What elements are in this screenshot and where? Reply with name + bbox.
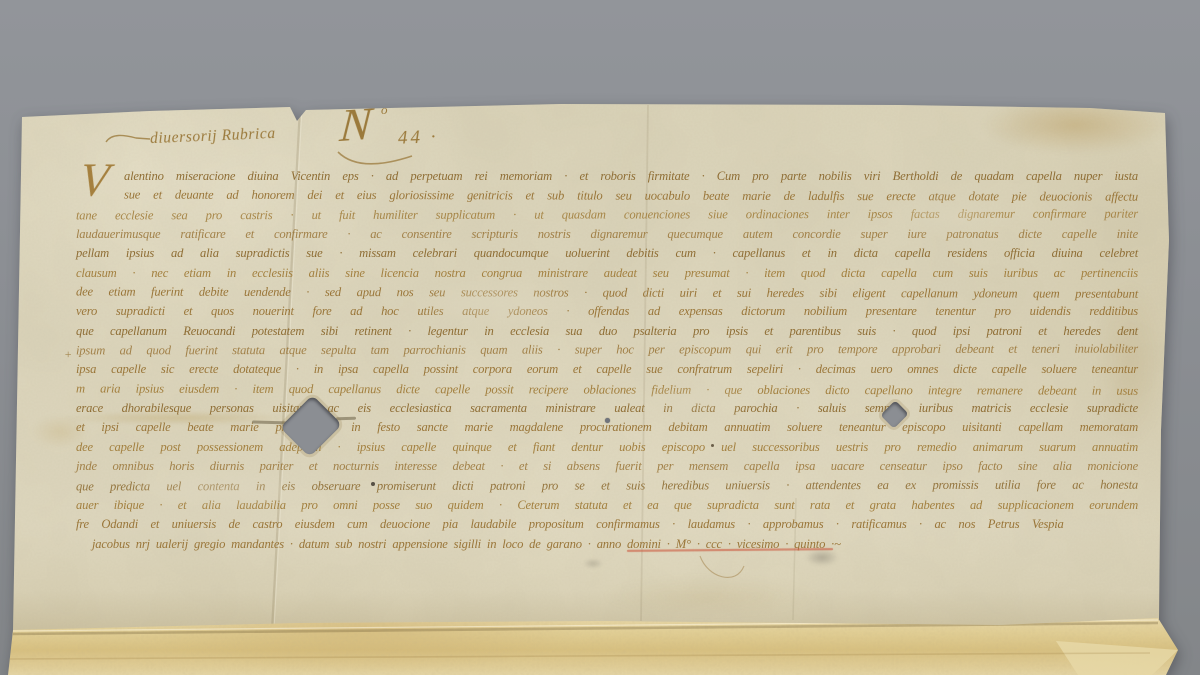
manuscript-line: ipsum ad quod fuerint statuta atque sepu… [76,340,1138,361]
pinhole [371,482,375,486]
numero-letter: N [338,97,373,153]
manuscript-line: erace dhorabilesque personas uisitare ac… [76,399,1138,418]
manuscript-line: que capellanum Reuocandi potestatem sibi… [76,322,1138,341]
manuscript-line: alentino miseracione diuina Vicentin eps… [124,167,1138,186]
manuscript-line: vero supradicti et quos nouerint fore ad… [76,302,1138,321]
numero-superscript-o: o [381,102,388,118]
manuscript-line: tane ecclesie sea pro castris · ut fuit … [76,204,1138,225]
archival-number: 44 · [398,126,439,149]
manuscript-line: dee etiam fuerint debite uendende · sed … [76,283,1138,305]
manuscript-line: que predicta uel contenta in eis obserua… [76,475,1138,496]
photo-backdrop: diuersorij Rubrica N o 44 · V + alentino… [0,0,1200,675]
manuscript-line: m aria ipsius eiusdem · item quod capell… [76,379,1138,401]
marginal-cross-mark: + [64,347,72,362]
opening-flourish [104,130,154,148]
pinhole [605,418,610,423]
manuscript-text: alentino miseracione diuina Vicentin eps… [76,167,1138,554]
manuscript-line: jnde omnibus horis diurnis pariter et no… [76,457,1138,476]
parchment-sheet: diuersorij Rubrica N o 44 · V + alentino… [0,0,1200,675]
manuscript-line: ipsa capelle sic erecte dotateque · in i… [76,360,1138,379]
manuscript-line: dee capelle post possessionem adeptam · … [76,438,1138,457]
manuscript-line: fre Odandi et uniuersis de castro eiusde… [76,515,1064,534]
manuscript-line: pellam ipsius ad alia supradictis sue · … [76,244,1138,263]
manuscript-line: clausum · nec etiam in ecclesiis aliis s… [76,264,1138,283]
manuscript-line: laudauerimusque ratificare et confirmare… [76,225,1138,244]
pinhole [711,444,714,447]
manuscript-line: auer ibique · et alia laudabilia pro omn… [76,496,1138,515]
charter-sheet: diuersorij Rubrica N o 44 · V + alentino… [0,0,1200,675]
